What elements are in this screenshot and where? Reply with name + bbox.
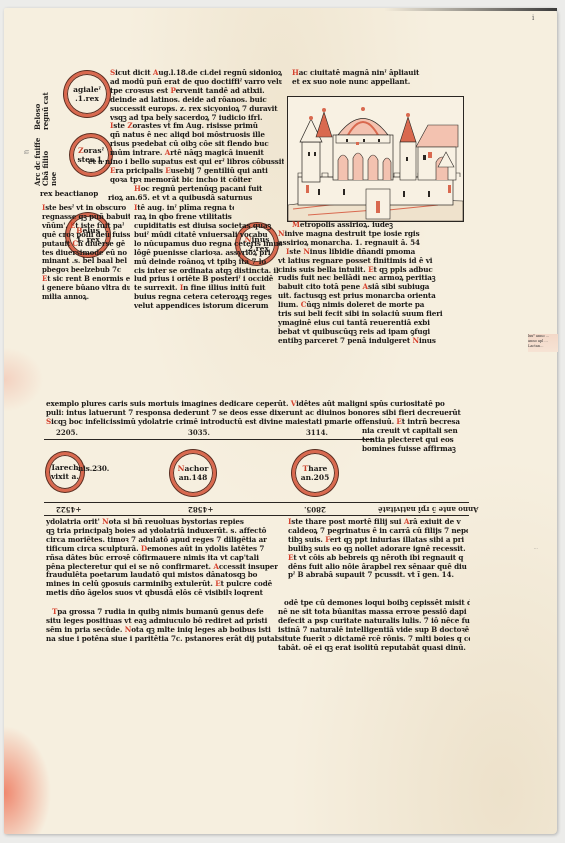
year-label-1: 2205. xyxy=(56,428,78,437)
folio-mark: i xyxy=(532,14,534,22)
year-label-5: +4582 xyxy=(188,505,213,514)
roundel-agiales: agialeˀ.1.rex xyxy=(64,71,110,117)
page-edge-shadow xyxy=(384,8,557,11)
woodcut-city-illustration xyxy=(287,96,464,222)
text-block-right-mid: nia creuit vt capitali sen tentia plecte… xyxy=(362,427,472,454)
roundel-side-note: nis.230. xyxy=(78,465,109,474)
city-woodcut-icon xyxy=(288,97,463,221)
sidenote-rex-bactrianorum: rex beactianop xyxy=(40,190,98,199)
text-block-col1-top: Sicut dicit Aug.l.18.de ci.dei regnû sid… xyxy=(110,69,282,158)
marginal-note: lxx° anno ... anno apl ... Lactan... xyxy=(528,334,558,352)
text-block-bottom-right: nê ne sit tota bûanitas massa erroꝛe pes… xyxy=(278,608,470,653)
text-line: mûm intrare. Artê nâqꝫ magicâ inuenit xyxy=(110,149,282,158)
sidenote-beloso: Beloso regnû cat xyxy=(34,70,50,130)
inverted-label: Anno ante ɔ̃ rpî nativitatê xyxy=(378,505,479,514)
text-line: et a nino i bello supatus est qui erˀ li… xyxy=(88,158,284,167)
text-block-full-width: exemplo plures caris suis mortuis imagin… xyxy=(46,400,466,427)
sidenote-arc: Arc dc fuiffe Cbâ filiio noe xyxy=(34,136,58,186)
text-block-bottom-paragraph: odê tpe cû demones loqui boibꝫ cepissêt … xyxy=(46,599,470,608)
text-block-col2-bottom: Iste thare post mortê filij sui Arâ exiu… xyxy=(288,518,468,580)
roundel-zoroastes: Zorasˀstes.1. xyxy=(70,134,112,176)
marginal-note-2: ... xyxy=(534,545,538,550)
year-label-6: 2805. xyxy=(304,505,326,514)
text-block-col1-right-lower: Itê aug. inˀ plîma regna ter raꝝ in qbo … xyxy=(134,204,234,222)
text-line: Hoc regnû pertenûqꝫ pacani fuit xyxy=(134,185,284,194)
text-block-col1-left-lower: Iste besˀ vt in obscuro regnasse qꝫ puñ … xyxy=(42,204,130,302)
text-block-col1-bottom: ydolatria orit' Nota si bñ reuoluas byst… xyxy=(46,518,278,598)
roundel-thare: Tharean.205 xyxy=(292,450,338,496)
text-block-col1-right-lower-2: cupiditatis est diuisa societas quaꝫ bui… xyxy=(134,222,284,311)
timeline-rule-top xyxy=(44,439,374,440)
timeline-rule-bottom xyxy=(44,502,469,503)
text-block-col2-mid: Metropolis assirioꝝ. iudeꝫ Ninive magna … xyxy=(278,221,463,346)
book-page: i u Beloso regnû cat Arc dc fuiffe Cbâ f… xyxy=(4,8,557,834)
text-block-col1-top-3: Hoc regnû pertenûqꝫ pacani fuit xyxy=(134,185,284,194)
text-block-col1-top-2: Era pricipalis Eusebij 7 gentiliû qui an… xyxy=(110,167,286,185)
text-block-col1-top-4: rioꝝ an.65. et vt a quibusdâ saturnus xyxy=(108,194,258,203)
timeline-rule-lower xyxy=(44,515,469,516)
text-line: rioꝝ an.65. et vt a quibusdâ saturnus xyxy=(108,194,258,203)
pencil-mark: u xyxy=(22,150,30,155)
text-block-bottom-left: Tpa grossa 7 rudia in quibꝫ nimis bumanû… xyxy=(46,608,278,644)
year-label-4: +4522 xyxy=(56,505,81,514)
text-block-col2-top: Hac ciuitatê magnâ ninˀ âpliauit et ex s… xyxy=(292,69,464,87)
text-line: qoꝛa tpꝛ memorât bic incho it côiter xyxy=(110,176,286,185)
year-label-3: 3114. xyxy=(306,428,328,437)
year-label-2: 3035. xyxy=(188,428,210,437)
text-block-col1-top-wide: et a nino i bello supatus est qui erˀ li… xyxy=(88,158,284,167)
roundel-nachor: Nachoran.148 xyxy=(170,450,216,496)
